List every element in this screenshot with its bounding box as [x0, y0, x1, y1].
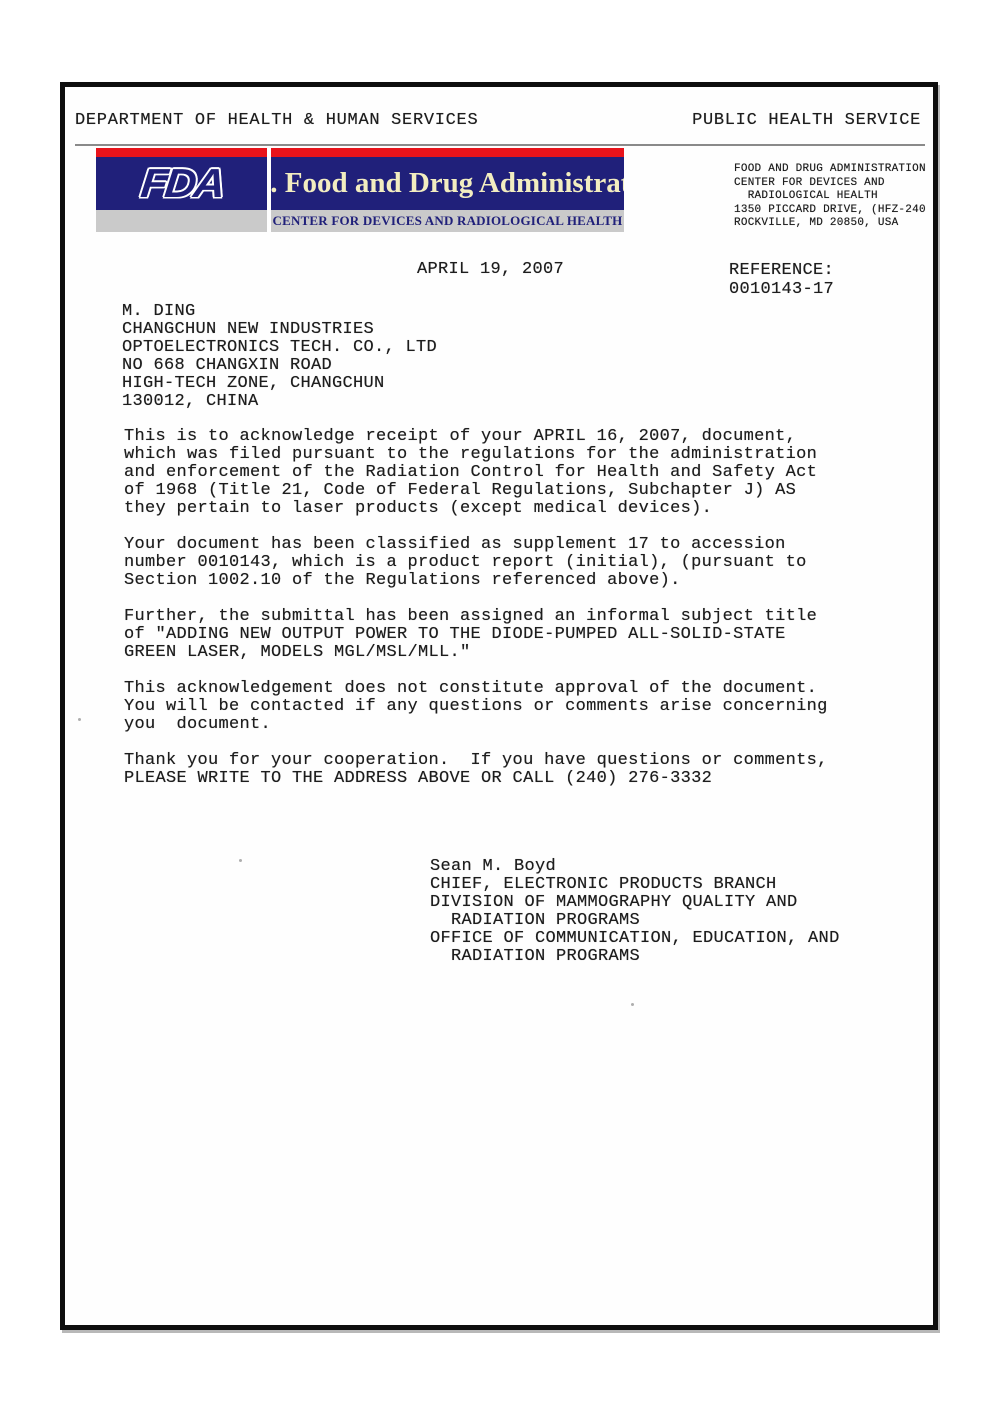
fda-logo-icon: FDA	[138, 161, 224, 207]
header-divider	[75, 144, 925, 146]
paragraph-thank-you: Thank you for your cooperation. If you h…	[124, 752, 924, 788]
public-health-service-title: PUBLIC HEALTH SERVICE	[692, 112, 921, 130]
reference-block: REFERENCE: 0010143-17	[729, 261, 834, 299]
fda-logo-mark-block: FDA	[96, 148, 267, 232]
logo-navy-band: FDA	[96, 157, 267, 210]
fda-logo: FDA U.S. Food and Drug Administration CE…	[96, 148, 624, 232]
banner-red-band	[271, 148, 624, 157]
fda-banner: U.S. Food and Drug Administration CENTER…	[271, 148, 624, 232]
scanned-letter-page: DEPARTMENT OF HEALTH & HUMAN SERVICES PU…	[0, 0, 1000, 1414]
letterhead-frame: DEPARTMENT OF HEALTH & HUMAN SERVICES PU…	[60, 82, 938, 1330]
banner-gray-band: CENTER FOR DEVICES AND RADIOLOGICAL HEAL…	[271, 210, 624, 232]
paragraph-subject-title: Further, the submittal has been assigned…	[124, 608, 924, 662]
letter-date: APRIL 19, 2007	[417, 261, 564, 279]
scan-speckle	[239, 859, 242, 862]
paragraph-not-approval: This acknowledgement does not constitute…	[124, 680, 924, 734]
letter-body: This is to acknowledge receipt of your A…	[124, 428, 924, 806]
logo-red-band	[96, 148, 267, 157]
banner-navy-band: U.S. Food and Drug Administration	[271, 157, 624, 210]
fda-banner-title: U.S. Food and Drug Administration	[271, 167, 624, 200]
recipient-address: M. DING CHANGCHUN NEW INDUSTRIES OPTOELE…	[122, 303, 437, 411]
signature-block: Sean M. Boyd CHIEF, ELECTRONIC PRODUCTS …	[430, 858, 840, 966]
fda-banner-subtitle: CENTER FOR DEVICES AND RADIOLOGICAL HEAL…	[273, 213, 623, 229]
logo-gray-band	[96, 210, 267, 232]
department-title: DEPARTMENT OF HEALTH & HUMAN SERVICES	[75, 112, 478, 130]
paragraph-classification: Your document has been classified as sup…	[124, 536, 924, 590]
paragraph-acknowledge-receipt: This is to acknowledge receipt of your A…	[124, 428, 924, 518]
scan-speckle	[78, 718, 81, 721]
agency-address: FOOD AND DRUG ADMINISTRATION CENTER FOR …	[734, 163, 926, 231]
scan-speckle	[631, 1003, 634, 1006]
